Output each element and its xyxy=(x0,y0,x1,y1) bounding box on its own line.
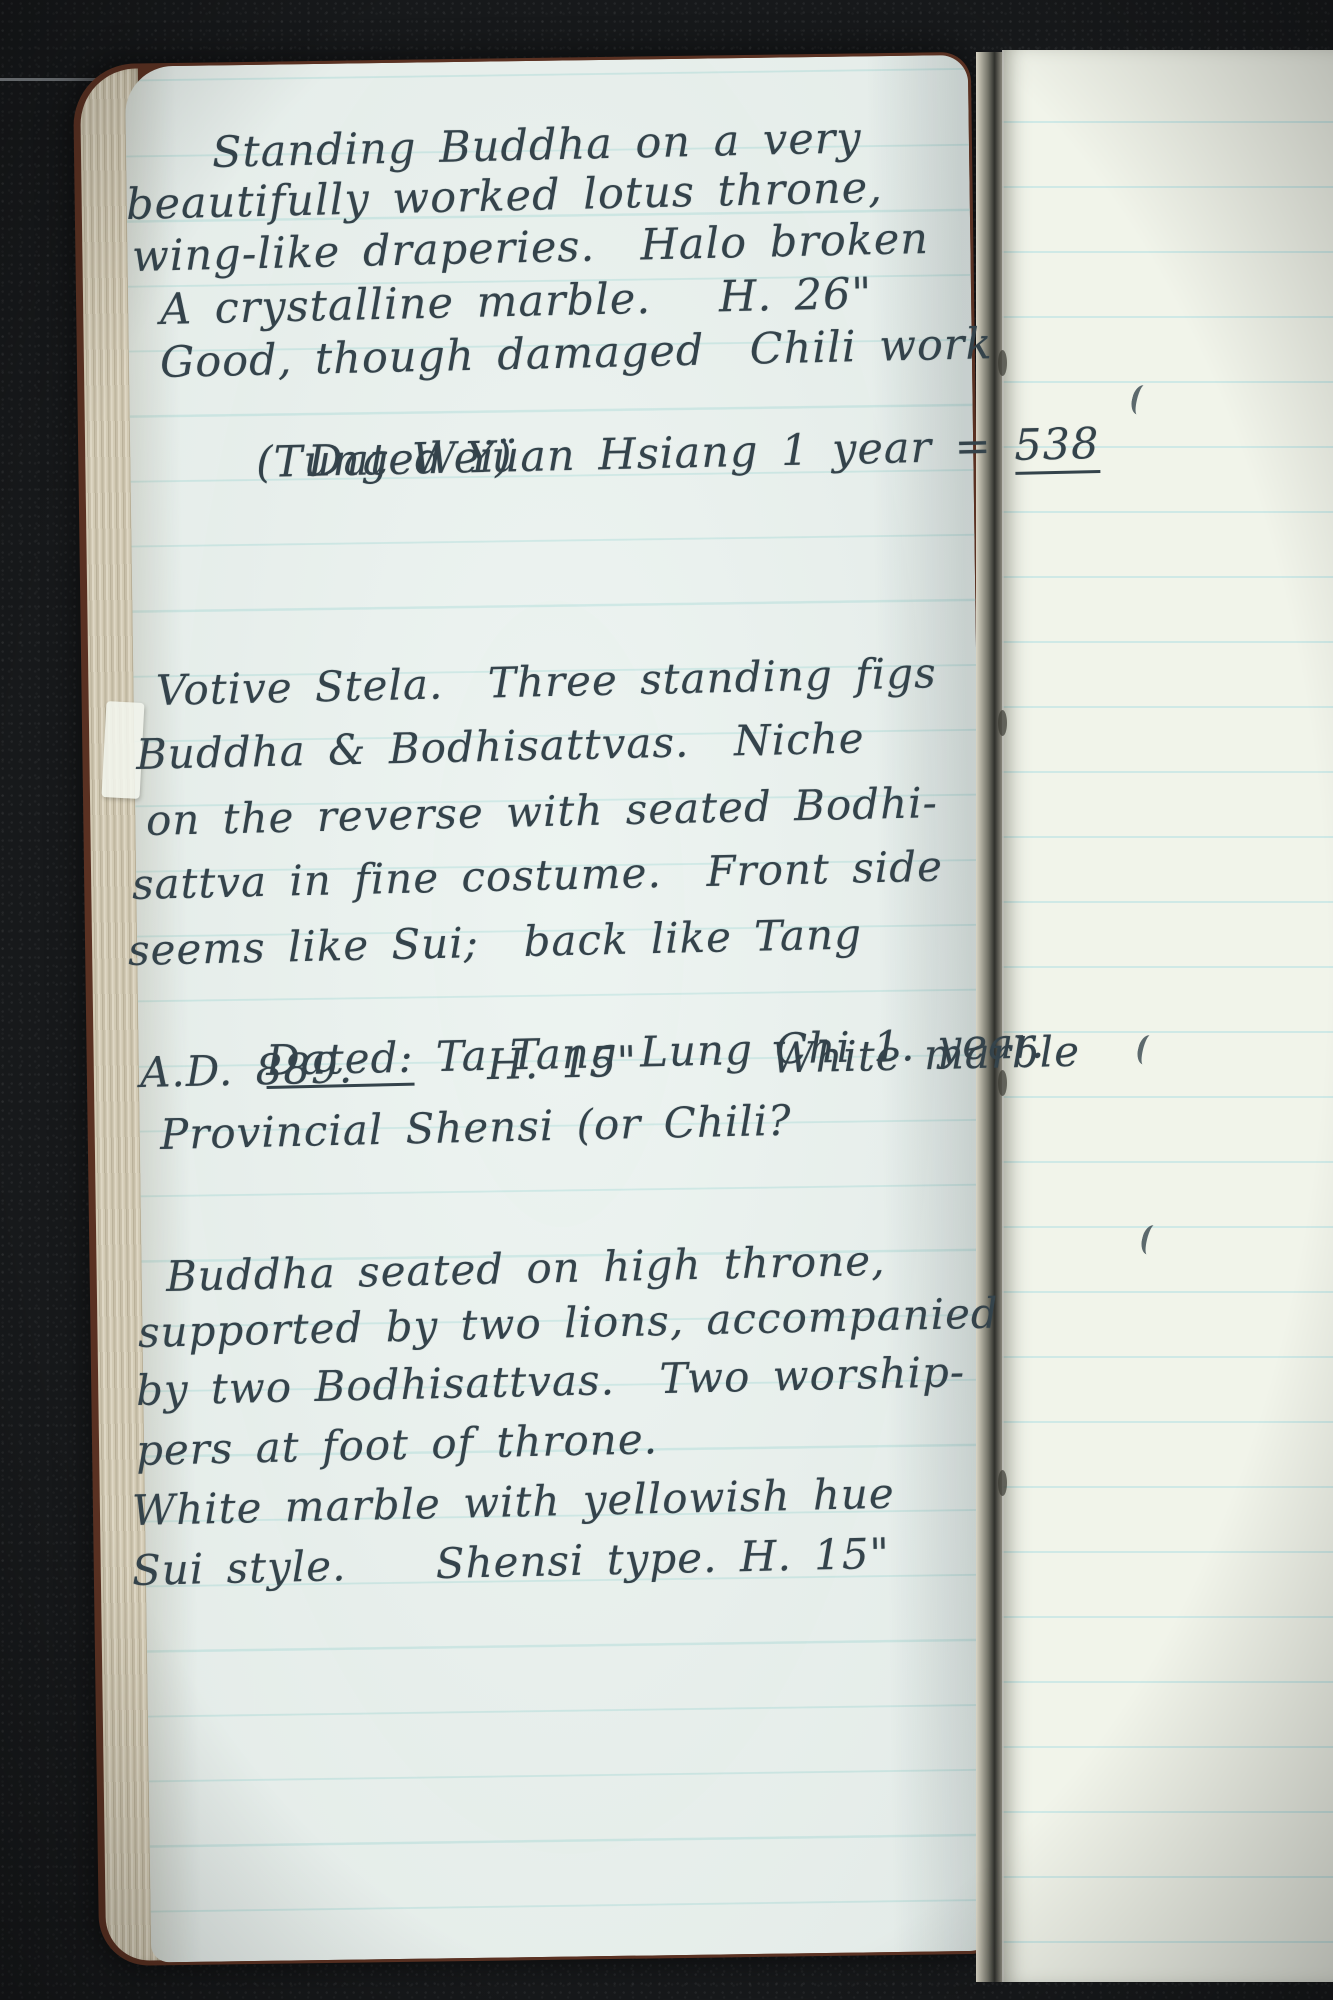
binding-nick xyxy=(998,1470,1007,1496)
photo-of-notebook: Standing Buddha on a very beautifully wo… xyxy=(0,0,1333,2000)
facing-ink-mark xyxy=(1135,1033,1159,1066)
facing-ink-mark xyxy=(1139,1223,1163,1256)
underlined-date: 538 xyxy=(1014,419,1100,475)
facing-page-sliver xyxy=(1002,50,1333,1982)
binding-nick xyxy=(998,710,1007,736)
handwritten-line: (Tung Wei) xyxy=(255,432,513,488)
facing-ink-mark xyxy=(1129,383,1153,416)
